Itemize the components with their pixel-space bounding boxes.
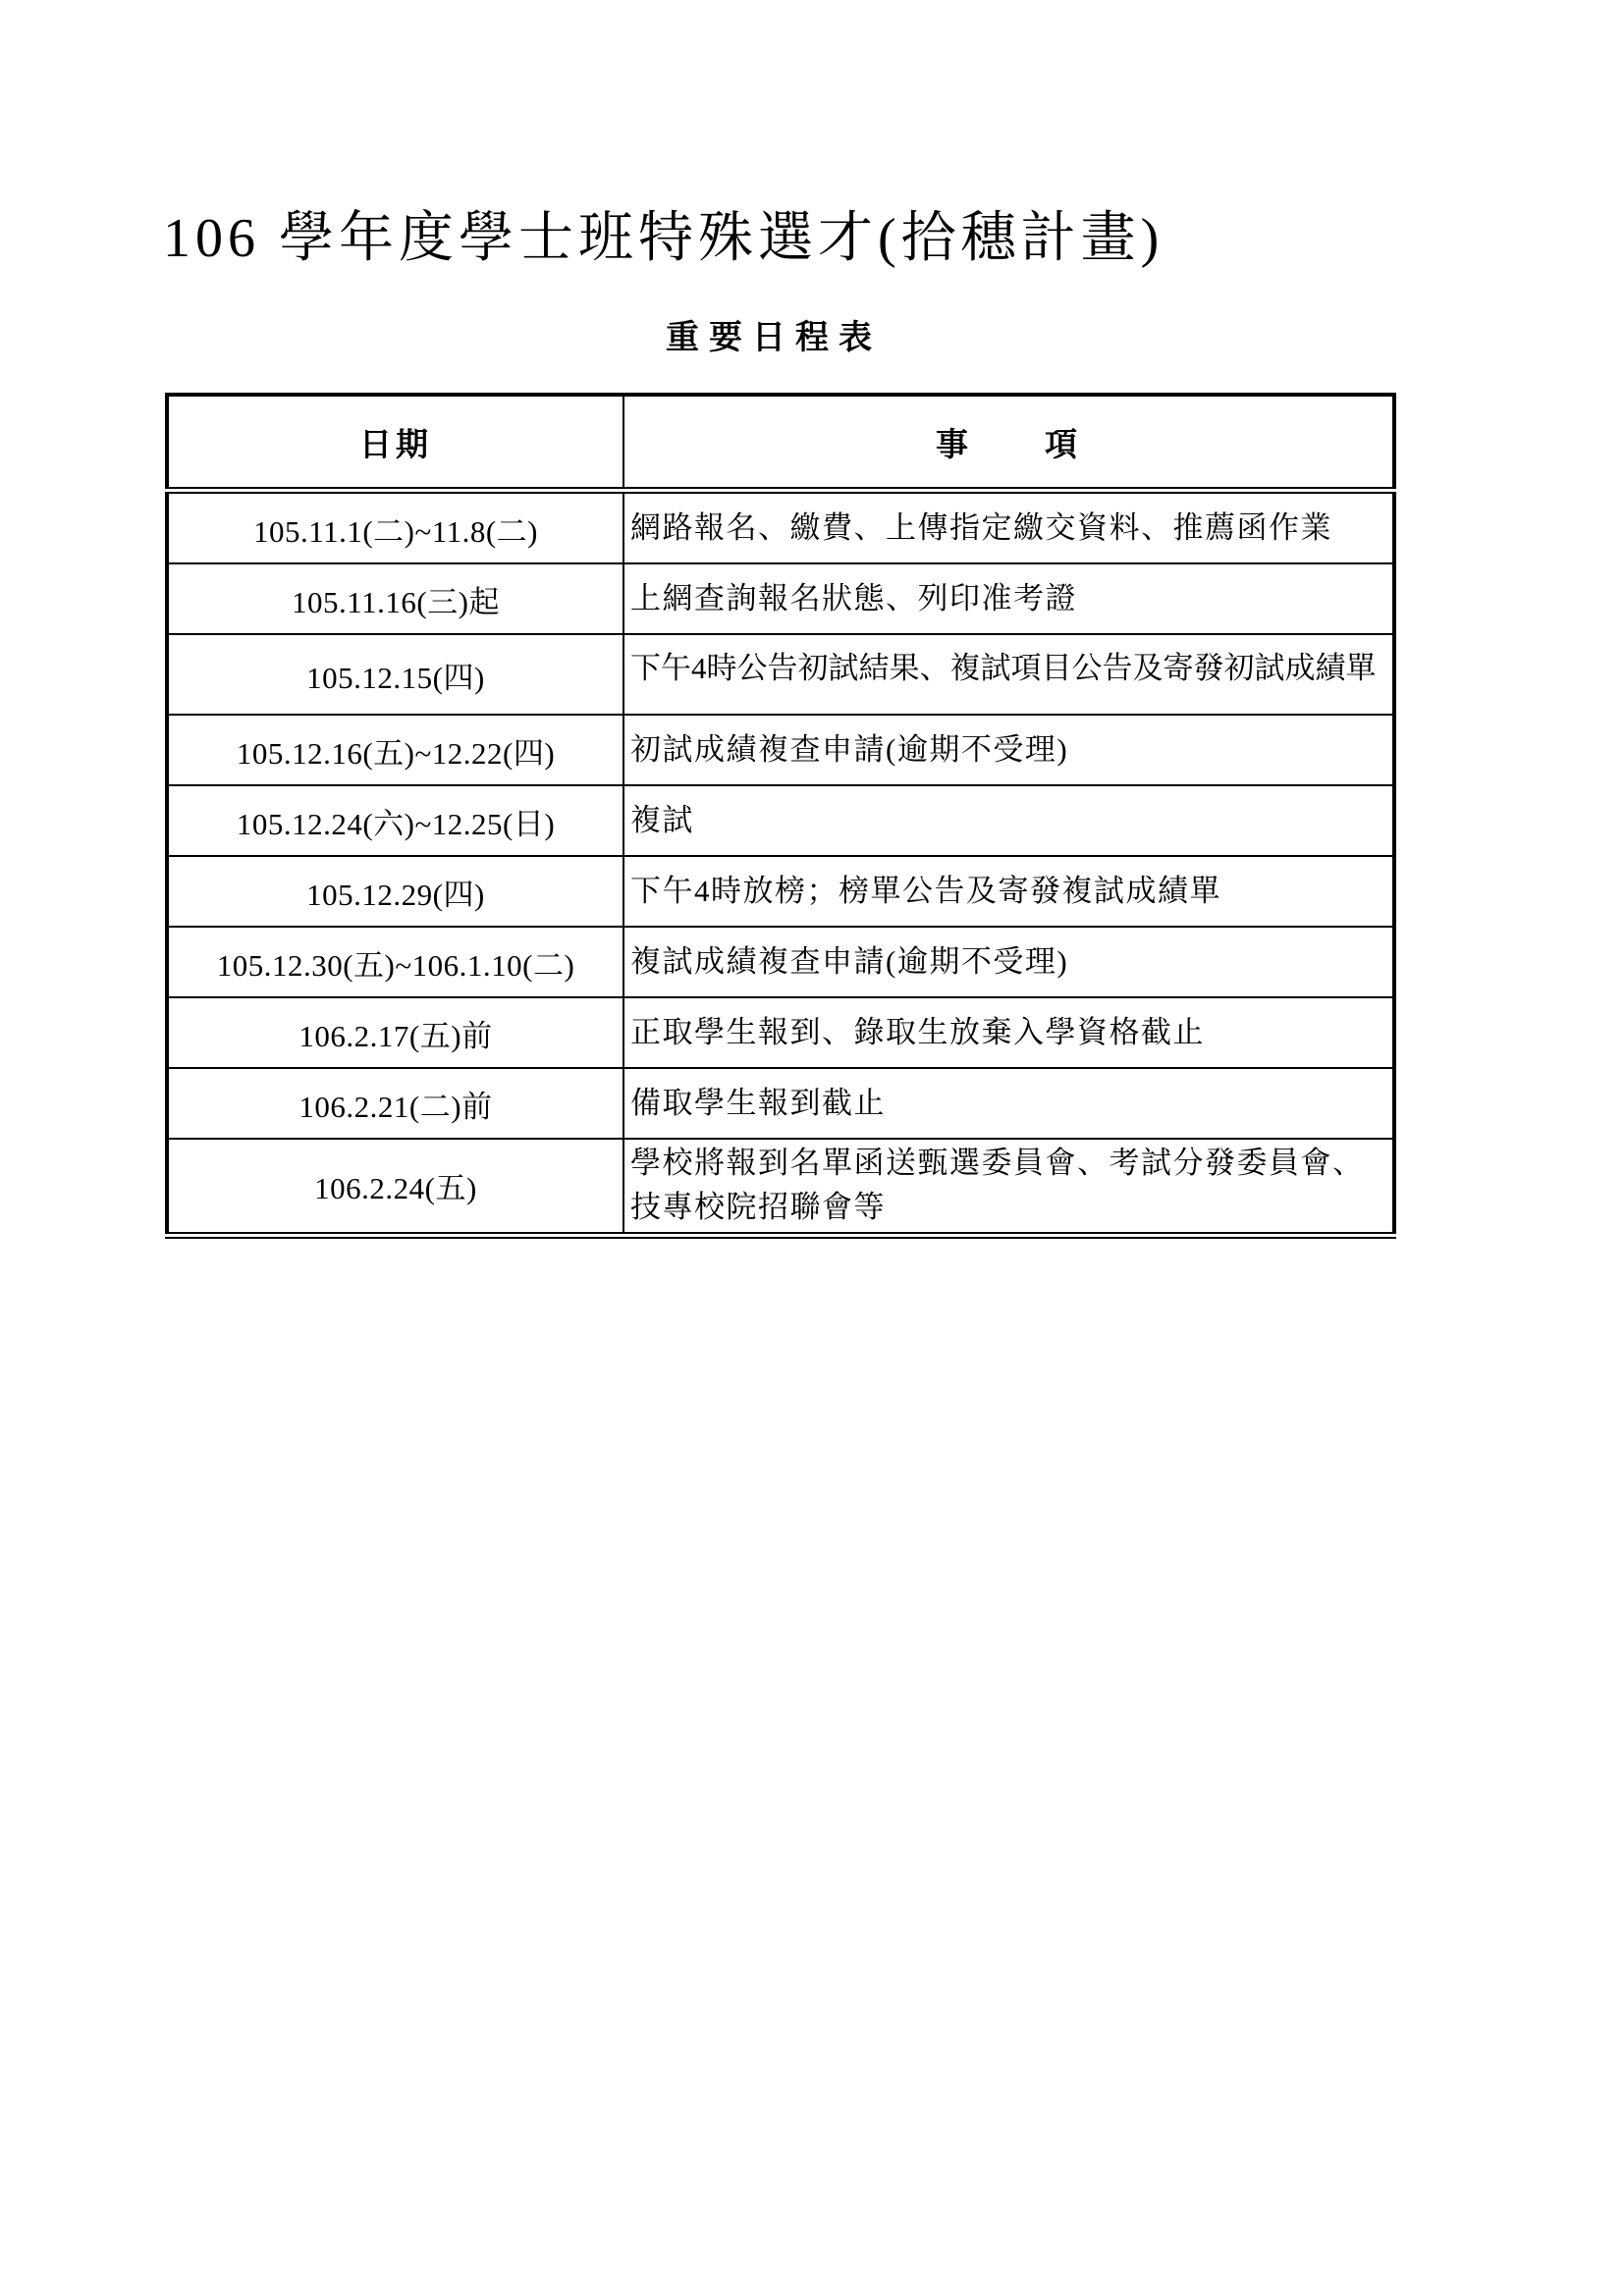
- date-cell: 106.2.17(五)前: [167, 997, 623, 1068]
- date-text: 105.12.15(四): [306, 661, 485, 695]
- item-cell: 學校將報到名單函送甄選委員會、考試分發委員會、技專校院招聯會等: [623, 1139, 1394, 1235]
- date-cell: 105.12.30(五)~106.1.10(二): [167, 927, 623, 997]
- item-cell: 初試成績複查申請(逾期不受理): [623, 715, 1394, 785]
- date-cell: 105.12.16(五)~12.22(四): [167, 715, 623, 785]
- date-cell: 106.2.21(二)前: [167, 1068, 623, 1139]
- date-cell: 105.12.15(四): [167, 634, 623, 715]
- date-text: 105.12.24(六)~12.25(日): [237, 807, 555, 841]
- date-cell: 105.11.1(二)~11.8(二): [167, 491, 623, 564]
- item-text: 複試: [630, 799, 1386, 843]
- table-row: 106.2.17(五)前 正取學生報到、錄取生放棄入學資格截止: [167, 997, 1394, 1068]
- date-text: 105.11.1(二)~11.8(二): [253, 514, 538, 549]
- date-text: 105.12.16(五)~12.22(四): [237, 736, 555, 771]
- item-text: 初試成績複查申請(逾期不受理): [630, 728, 1386, 773]
- table-header-row: 日期 事 項: [167, 395, 1394, 491]
- item-text: 正取學生報到、錄取生放棄入學資格截止: [630, 1011, 1386, 1055]
- item-cell: 網路報名、繳費、上傳指定繳交資料、推薦函作業: [623, 491, 1394, 564]
- document-subtitle: 重要日程表: [165, 310, 1382, 358]
- item-text: 下午4時放榜；榜單公告及寄發複試成績單: [630, 870, 1386, 914]
- item-cell: 複試: [623, 785, 1394, 856]
- date-cell: 105.12.29(四): [167, 856, 623, 927]
- date-text: 105.11.16(三)起: [292, 585, 500, 619]
- date-cell: 105.12.24(六)~12.25(日): [167, 785, 623, 856]
- table-row: 105.12.24(六)~12.25(日) 複試: [167, 785, 1394, 856]
- item-text: 網路報名、繳費、上傳指定繳交資料、推薦函作業: [630, 507, 1386, 551]
- date-cell: 106.2.24(五): [167, 1139, 623, 1235]
- date-text: 106.2.17(五)前: [298, 1019, 492, 1053]
- date-text: 105.12.30(五)~106.1.10(二): [217, 948, 575, 983]
- table-row: 105.12.29(四) 下午4時放榜；榜單公告及寄發複試成績單: [167, 856, 1394, 927]
- date-text: 105.12.29(四): [306, 878, 485, 912]
- table-row: 106.2.24(五) 學校將報到名單函送甄選委員會、考試分發委員會、技專校院招…: [167, 1139, 1394, 1235]
- item-text: 學校將報到名單函送甄選委員會、考試分發委員會、技專校院招聯會等: [630, 1142, 1386, 1230]
- table-row: 105.12.16(五)~12.22(四) 初試成績複查申請(逾期不受理): [167, 715, 1394, 785]
- table-row: 105.11.16(三)起 上網查詢報名狀態、列印准考證: [167, 563, 1394, 634]
- item-text: 上網查詢報名狀態、列印准考證: [630, 577, 1386, 621]
- table-row: 105.11.1(二)~11.8(二) 網路報名、繳費、上傳指定繳交資料、推薦函…: [167, 491, 1394, 564]
- table-row: 105.12.15(四) 下午4時公告初試結果、複試項目公告及寄發初試成績單: [167, 634, 1394, 715]
- date-text: 106.2.21(二)前: [298, 1090, 492, 1124]
- table-row: 105.12.30(五)~106.1.10(二) 複試成績複查申請(逾期不受理): [167, 927, 1394, 997]
- date-text: 106.2.24(五): [314, 1171, 477, 1205]
- item-cell: 上網查詢報名狀態、列印准考證: [623, 563, 1394, 634]
- date-cell: 105.11.16(三)起: [167, 563, 623, 634]
- table-row: 106.2.21(二)前 備取學生報到截止: [167, 1068, 1394, 1139]
- item-cell: 正取學生報到、錄取生放棄入學資格截止: [623, 997, 1394, 1068]
- schedule-table-body: 105.11.1(二)~11.8(二) 網路報名、繳費、上傳指定繳交資料、推薦函…: [167, 491, 1394, 1236]
- document-page: 106 學年度學士班特殊選才(拾穗計畫) 重要日程表 日期 事 項 105.11…: [0, 0, 1624, 2296]
- document-title: 106 學年度學士班特殊選才(拾穗計畫): [163, 194, 1164, 273]
- item-cell: 下午4時公告初試結果、複試項目公告及寄發初試成績單: [623, 634, 1394, 715]
- item-text: 下午4時公告初試結果、複試項目公告及寄發初試成績單: [630, 637, 1386, 712]
- schedule-table-head: 日期 事 項: [167, 395, 1394, 491]
- item-cell: 複試成績複查申請(逾期不受理): [623, 927, 1394, 997]
- item-text: 備取學生報到截止: [630, 1082, 1386, 1126]
- item-cell: 下午4時放榜；榜單公告及寄發複試成績單: [623, 856, 1394, 927]
- item-column-header: 事 項: [623, 395, 1394, 491]
- schedule-table: 日期 事 項 105.11.1(二)~11.8(二) 網路報名、繳費、上傳指定繳…: [165, 393, 1396, 1239]
- date-column-header: 日期: [167, 395, 623, 491]
- item-text: 複試成績複查申請(逾期不受理): [630, 940, 1386, 985]
- item-cell: 備取學生報到截止: [623, 1068, 1394, 1139]
